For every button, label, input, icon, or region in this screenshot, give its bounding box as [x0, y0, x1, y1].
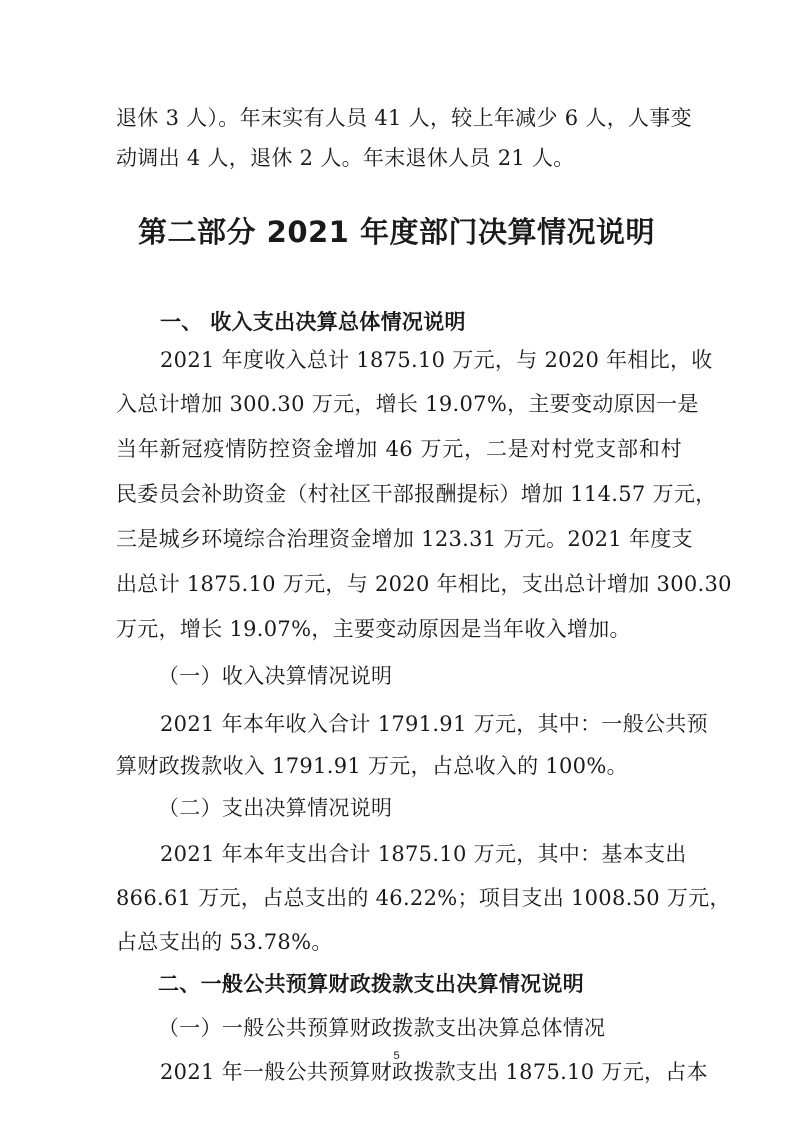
section1-para-line-1: 2021 年度收入总计 1875.10 万元，与 2020 年相比，收 — [160, 346, 682, 374]
section1-heading: 一、 收入支出决算总体情况说明 — [160, 308, 466, 336]
section2-sub1-heading: （一）一般公共预算财政拨款支出决算总体情况 — [158, 1014, 605, 1042]
section1-sub2-para-line-2: 866.61 万元，占总支出的 46.22%；项目支出 1008.50 万元， — [116, 884, 682, 912]
section1-sub1-para-line-1: 2021 年本年收入合计 1791.91 万元，其中：一般公共预 — [160, 710, 682, 738]
section1-para-line-7: 万元，增长 19.07%，主要变动原因是当年收入增加。 — [116, 615, 631, 643]
section2-sub1-para-line-1: 2021 年一般公共预算财政拨款支出 1875.10 万元，占本 — [160, 1058, 682, 1086]
section1-para-line-4: 民委员会补助资金（村社区干部报酬提标）增加 114.57 万元， — [116, 480, 682, 508]
section1-sub1-para-line-2: 算财政拨款收入 1791.91 万元，占总收入的 100%。 — [116, 752, 628, 780]
section1-sub2-para-line-1: 2021 年本年支出合计 1875.10 万元，其中：基本支出 — [160, 840, 682, 868]
section1-para-line-2: 入总计增加 300.30 万元，增长 19.07%，主要变动原因一是 — [116, 390, 682, 418]
intro-line-1: 退休 3 人）。年末实有人员 41 人，较上年减少 6 人，人事变 — [116, 104, 682, 132]
section2-heading: 二、一般公共预算财政拨款支出决算情况说明 — [158, 970, 584, 998]
intro-line-2: 动调出 4 人，退休 2 人。年末退休人员 21 人。 — [116, 144, 575, 172]
section1-sub2-para-line-3: 占总支出的 53.78%。 — [116, 928, 333, 956]
section1-para-line-3: 当年新冠疫情防控资金增加 46 万元，二是对村党支部和村 — [116, 435, 682, 463]
section1-para-line-5: 三是城乡环境综合治理资金增加 123.31 万元。2021 年度支 — [116, 525, 682, 553]
page-number: 5 — [0, 1050, 793, 1062]
part-title: 第二部分 2021 年度部门决算情况说明 — [0, 214, 793, 250]
section1-sub2-heading: （二）支出决算情况说明 — [158, 794, 392, 822]
section1-para-line-6: 出总计 1875.10 万元，与 2020 年相比，支出总计增加 300.30 — [116, 570, 682, 598]
section1-sub1-heading: （一）收入决算情况说明 — [158, 662, 392, 690]
